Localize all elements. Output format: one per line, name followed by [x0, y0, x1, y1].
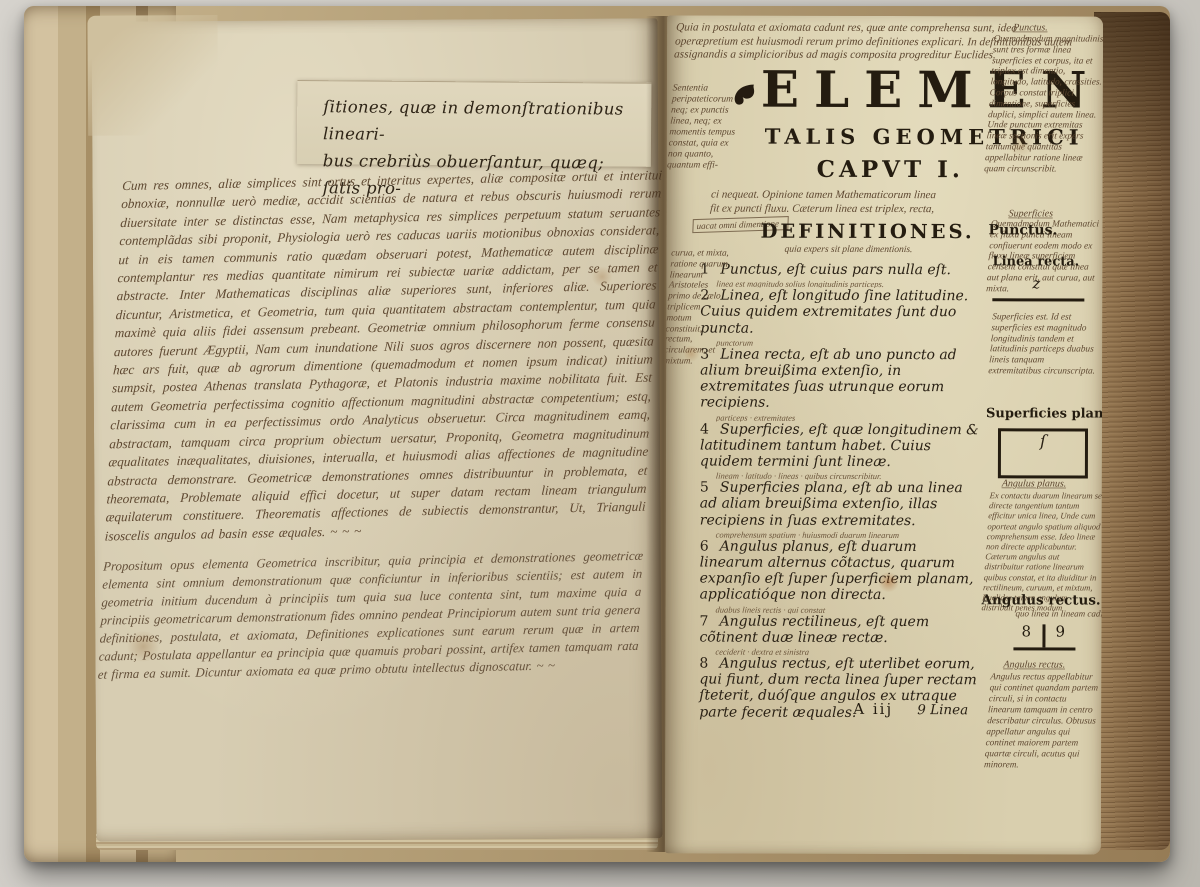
definition-item: particeps · extremitates 4Superficies, e…: [700, 413, 982, 470]
chapter-heading: CAPVT I.: [817, 156, 964, 183]
catchword: 9 Linea: [917, 702, 968, 718]
signature-mark: A iij: [853, 700, 893, 718]
book-fore-edge: [1094, 12, 1170, 850]
photo-of-open-book: ſitiones, quæ in demonſtrationibus linea…: [0, 0, 1200, 887]
margin-header-angulus-planus: Angulus planus.: [1001, 478, 1066, 489]
definition-item: 1Punctus, eſt cuius pars nulla eſt.: [700, 262, 982, 279]
definition-line: 4Superficies, eſt quæ longitudinem & lat…: [700, 421, 982, 470]
definition-number: 1: [700, 262, 720, 278]
margin-label-punctus: Punctus.: [989, 222, 1058, 238]
interlinear-note: comprehensum spatium · huiusmodi duarum …: [715, 530, 982, 539]
definition-line: 6Angulus planus, eſt duarum linearum alt…: [700, 538, 982, 604]
left-manuscript-page: ſitiones, quæ in demonſtrationibus linea…: [92, 18, 663, 841]
curled-corner: [87, 15, 218, 136]
definition-number: 8: [699, 656, 719, 672]
pasted-printed-slip: ſitiones, quæ in demonſtrationibus linea…: [297, 80, 652, 167]
definition-item: duabus lineis rectis · qui constat 7Angu…: [699, 605, 981, 646]
fore-edge-dark-corner: [1094, 12, 1170, 192]
slip-line: ſitiones, quæ in demonſtrationibus linea…: [323, 93, 645, 150]
straight-line-diagram: [992, 298, 1084, 301]
definition-item: lineam · latitudo · lineas · quibus circ…: [700, 472, 982, 529]
heading-annotation: quia expers sit plane dimentionis.: [784, 245, 913, 255]
definition-number: 2: [700, 288, 720, 304]
interlinear-note: particeps · extremitates: [716, 413, 983, 422]
definition-text: Linea recta, eſt ab uno puncto ad alium …: [700, 346, 957, 411]
definition-line: 2Linea, eſt longitudo ſine latitudine. C…: [700, 288, 982, 337]
interlinear-note: lineam · latitudo · lineas · quibus circ…: [716, 472, 983, 481]
margin-label-linea-recta: Linea recta.: [992, 254, 1079, 269]
margin-label-superficies-plana: Superficies plana.: [986, 406, 1103, 421]
margin-header-punctus: Punctus.: [1013, 22, 1049, 33]
definition-item: punctorum 3Linea recta, eſt ab uno punct…: [700, 338, 982, 412]
interlinear-note: linea est magnitudo solius longitudinis …: [716, 280, 983, 289]
rectangle-diagram: ſ: [998, 428, 1088, 478]
manuscript-paragraph: Propositum opus elementa Geometrica insc…: [97, 547, 643, 684]
definition-text: Angulus planus, eſt duarum linearum alte…: [700, 538, 974, 603]
manuscript-paragraph: Cum res omnes, aliæ simplices sint ortus…: [104, 166, 662, 545]
manuscript-text-block: Cum res omnes, aliæ simplices sint ortus…: [97, 166, 662, 684]
right-angle-diagram: 8 9: [1009, 622, 1081, 656]
angle-label-right: 9: [1055, 622, 1065, 640]
definition-number: 7: [699, 613, 719, 629]
definition-line: 5Superficies plana, eſt ab una linea ad …: [700, 480, 982, 529]
base-line: [1013, 647, 1075, 650]
definition-line: 3Linea recta, eſt ab uno puncto ad alium…: [700, 346, 982, 412]
margin-label-angulus-rectus: Angulus rectus.: [982, 592, 1101, 608]
definition-text: Linea, eſt longitudo ſine latitudine. Cu…: [700, 288, 968, 336]
definition-line: 7Angulus rectilineus, eſt quem cõtinent …: [699, 613, 981, 646]
definition-text: Superficies plana, eſt ab una linea ad a…: [700, 480, 963, 529]
margin-header-superficies: Superficies: [1008, 208, 1053, 219]
definitions-heading: DEFINITIONES.: [761, 220, 975, 244]
definition-line: 1Punctus, eſt cuius pars nulla eſt.: [700, 262, 982, 279]
perpendicular-line: [1042, 624, 1045, 647]
definition-number: 6: [700, 538, 720, 554]
interlinear-note: punctorum: [716, 338, 983, 347]
margin-note-punctus: Quemadmodum magnitudinis sunt tres formæ…: [984, 34, 1103, 175]
interlinear-note: duabus lineis rectis · qui constat: [715, 605, 982, 614]
margin-header-angulus-rectus: Angulus rectus.: [1003, 659, 1066, 670]
margin-note-continuation: quo linea in lineam cadit.: [1015, 608, 1103, 618]
margin-note-angulus-rectus: Angulus rectus appellabitur qui continet…: [984, 671, 1103, 770]
definition-number: 4: [700, 421, 720, 437]
fleuron-icon: [729, 80, 759, 110]
definition-text: Punctus, eſt cuius pars nulla eſt.: [720, 262, 951, 279]
right-printed-page: Quia in postulata et axiomata cadunt res…: [665, 15, 1103, 854]
definition-text: Angulus rectilineus, eſt quem cõtinent d…: [699, 613, 929, 646]
definition-number: 5: [700, 480, 720, 496]
margin-note-superficies-est: Superficies est. Id est superficies est …: [988, 312, 1103, 377]
definitions-list: 1Punctus, eſt cuius pars nulla eſt. line…: [699, 262, 982, 724]
interlinear-note: ceciderit · dextra et sinistra: [715, 648, 982, 657]
definition-number: 3: [700, 346, 720, 362]
right-margin-column: Punctus. Quemadmodum magnitudinis sunt t…: [985, 16, 1103, 854]
line-diagram-label: z: [1032, 274, 1040, 292]
angle-label-left: 8: [1021, 622, 1031, 640]
definition-item: linea est magnitudo solius longitudinis …: [700, 280, 982, 337]
definition-text: Superficies, eſt quæ longitudinem & lati…: [700, 421, 979, 470]
definition-item: comprehensum spatium · huiusmodi duarum …: [700, 530, 982, 604]
